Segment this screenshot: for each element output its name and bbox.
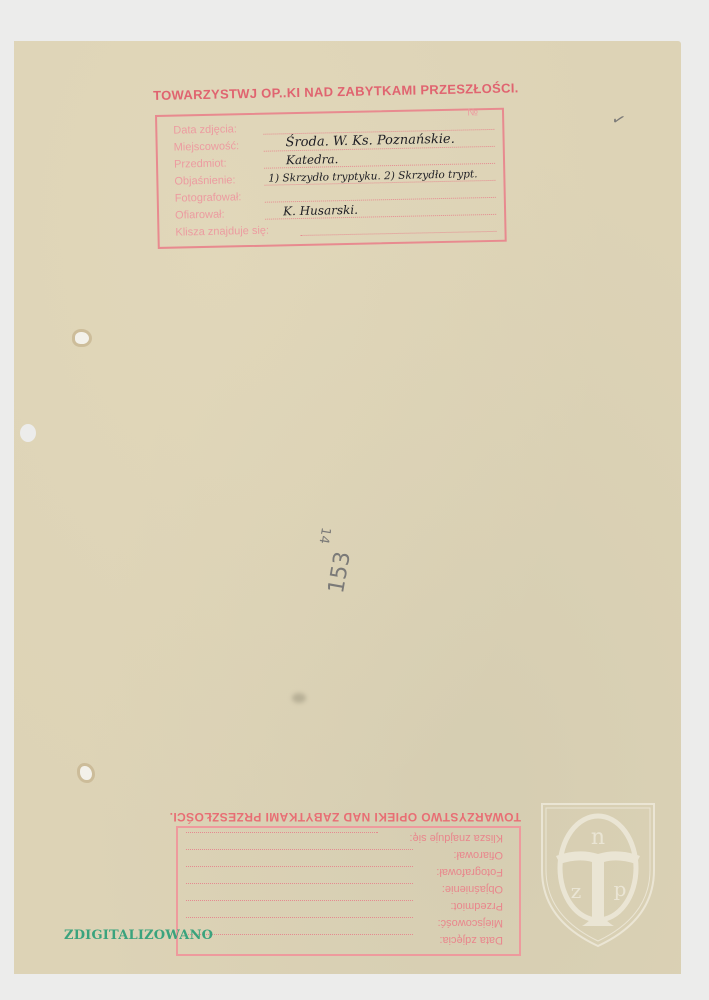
field-label: Przedmiot: — [174, 158, 227, 171]
svg-text:p: p — [614, 877, 627, 901]
field-label: Data zdjęcia: — [173, 123, 237, 136]
field-value: 1) Skrzydło tryptyku. 2) Skrzydło trypt. — [268, 168, 477, 184]
svg-text:n: n — [591, 825, 605, 850]
shield-monogram-icon: n z p — [538, 800, 658, 950]
field-value: K. Husarski. — [283, 203, 358, 219]
field-value: Katedra. — [286, 152, 339, 167]
bottom-stamp-inverted: Data zdjęcia: Miejscowość: Przedmiot: Ob… — [176, 826, 521, 956]
stain — [292, 693, 306, 703]
field-label: Ofiarował: — [175, 209, 225, 222]
field-label: Fotografował: — [436, 866, 503, 878]
field-label: Objaśnienie: — [174, 174, 235, 187]
top-stamp-form: № Data zdjęcia: Miejscowość: Środa. W. K… — [155, 108, 507, 249]
field-label: Miejscowość: — [174, 140, 240, 153]
pencil-number: 14 — [315, 526, 333, 545]
field-label: Miejscowość: — [438, 917, 503, 929]
digitized-stamp: ZDIGITALIZOWANO — [64, 928, 213, 943]
punch-notch — [20, 424, 36, 442]
field-label: Ofiarował: — [453, 849, 503, 861]
field-label: Klisza znajduje się: — [175, 225, 269, 239]
svg-text:z: z — [571, 879, 582, 903]
field-label: Klisza znajduje się: — [409, 832, 503, 844]
bottom-stamp-title: TOWARZYSTWO OPIEKI NAD ZABYTKAMI PRZESZŁ… — [169, 810, 521, 824]
paper-damage-hole — [75, 332, 89, 344]
field-label: Objaśnienie: — [442, 883, 503, 895]
field-label: Fotografował: — [175, 191, 242, 204]
bottom-stamp-form: Data zdjęcia: Miejscowość: Przedmiot: Ob… — [176, 826, 521, 956]
paper-damage-hole — [80, 766, 92, 780]
field-label: Przedmiot: — [450, 900, 503, 912]
field-label: Data zdjęcia: — [439, 934, 503, 946]
